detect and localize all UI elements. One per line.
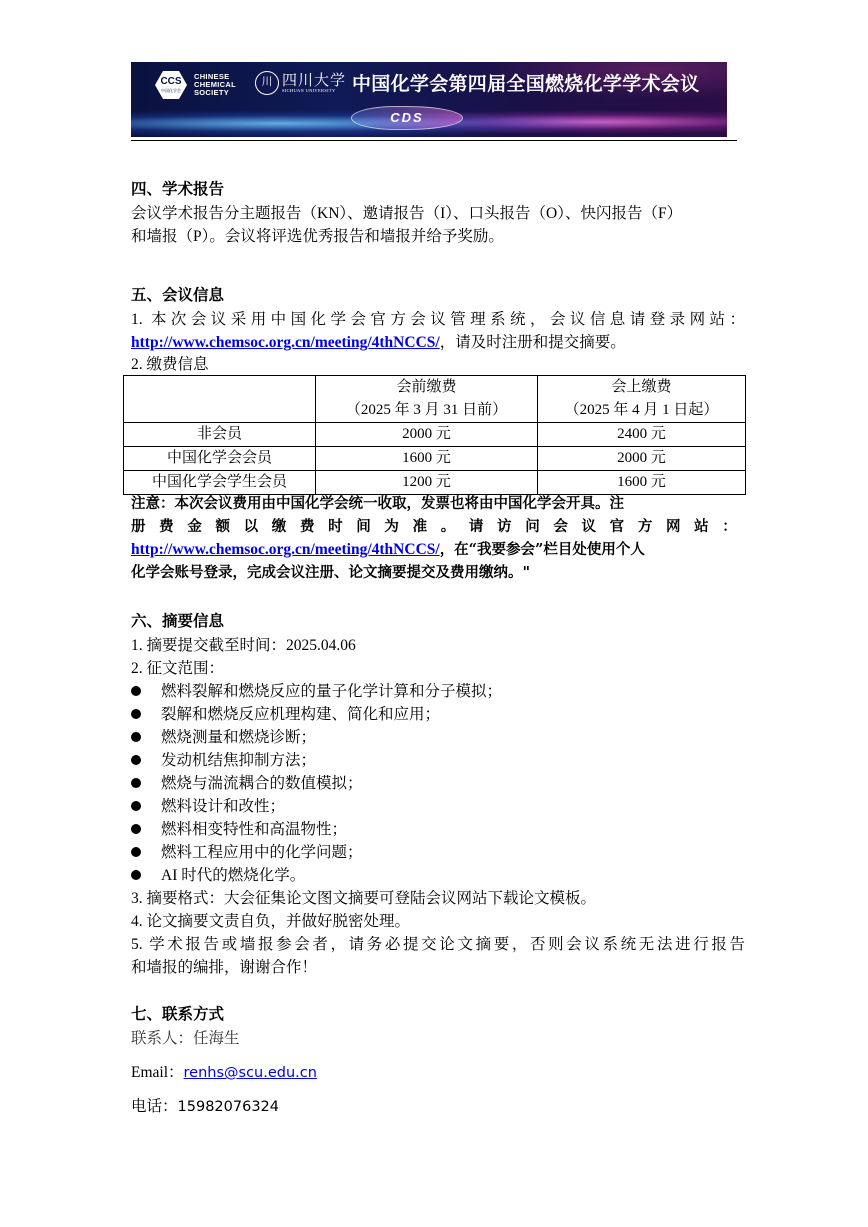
bullet-icon: [131, 870, 141, 880]
note-char: 缴: [272, 515, 287, 538]
university-name: 四川大学: [282, 69, 346, 90]
university-seal-icon: 川: [255, 71, 279, 95]
fee-header-date: （2025 年 3 月 31 日前）: [316, 399, 537, 422]
bullet-icon: [131, 824, 141, 834]
note-char: 访: [497, 515, 512, 538]
meeting-website-link[interactable]: http://www.chemsoc.org.cn/meeting/4thNCC…: [131, 334, 440, 351]
note-char: 。: [441, 515, 456, 538]
note-char: ：: [722, 515, 737, 538]
topic-text: AI 时代的燃烧化学。: [161, 867, 305, 884]
payment-note: 注意：本次会议费用由中国化学会统一收取，发票也将由中国化学会开具。注 册费金额以…: [131, 492, 737, 584]
fee-header-before: 会前缴费 （2025 年 3 月 31 日前）: [316, 376, 538, 423]
ccs-badge-text: CCS: [160, 76, 181, 87]
list-item: 燃料裂解和燃烧反应的量子化学计算和分子模拟；: [131, 680, 502, 703]
meeting-website-link-note[interactable]: http://www.chemsoc.org.cn/meeting/4thNCC…: [131, 541, 440, 558]
fee-header-category: [124, 376, 316, 423]
note-char: 册: [131, 515, 146, 538]
topic-text: 燃料工程应用中的化学问题；: [161, 844, 363, 861]
abstract-deadline: 1. 摘要提交截至时间：2025.04.06: [131, 634, 356, 657]
table-row: 中国化学会学生会员 1200 元 1600 元: [124, 471, 746, 495]
abstract-requirement: 5. 学术报告或墙报参会者，请务必提交论文摘要，否则会议系统无法进行报告: [131, 933, 745, 956]
fee-before: 1600 元: [316, 447, 538, 471]
bullet-icon: [131, 732, 141, 742]
topic-text: 燃烧与湍流耦合的数值模拟；: [161, 775, 363, 792]
fee-before: 1200 元: [316, 471, 538, 495]
list-item: 燃烧与湍流耦合的数值模拟；: [131, 772, 363, 795]
note-char: 请: [469, 515, 484, 538]
list-item: 燃料工程应用中的化学问题；: [131, 841, 363, 864]
topics-label: 2. 征文范围：: [131, 657, 224, 680]
note-char: 费: [300, 515, 315, 538]
note-line: http://www.chemsoc.org.cn/meeting/4thNCC…: [131, 538, 737, 561]
conference-banner: CCS 中国化学会 CHINESE CHEMICAL SOCIETY 川 四川大…: [131, 62, 727, 137]
cds-logo-icon: CDS: [351, 106, 463, 130]
meeting-info-item-1-cont: http://www.chemsoc.org.cn/meeting/4thNCC…: [131, 331, 626, 354]
topic-text: 发动机结焦抑制方法；: [161, 752, 316, 769]
section-heading-contact: 七、联系方式: [131, 1002, 224, 1024]
note-char: 以: [244, 515, 259, 538]
section-heading-meeting-info: 五、会议信息: [131, 283, 224, 305]
note-char: 网: [666, 515, 681, 538]
bullet-icon: [131, 778, 141, 788]
contact-phone-row: 电话：15982076324: [131, 1095, 279, 1119]
meeting-info-item-1: 1. 本次会议采用中国化学会官方会议管理系统，会议信息请登录网站：: [131, 308, 745, 331]
note-char: 会: [553, 515, 568, 538]
ccs-logo-icon: CCS 中国化学会: [155, 71, 187, 99]
meeting-info-after-link: ，请及时注册和提交摘要。: [440, 334, 626, 351]
abstract-format: 3. 摘要格式：大会征集论文图文摘要可登陆会议网站下载论文模板。: [131, 887, 596, 910]
note-char: 金: [187, 515, 202, 538]
fee-info-label: 2. 缴费信息: [131, 353, 209, 376]
topic-text: 燃料设计和改性；: [161, 798, 285, 815]
bullet-icon: [131, 847, 141, 857]
note-after-link: ，在“我要参会”栏目处使用个人: [440, 541, 645, 558]
list-item: 燃料相变特性和高温物性；: [131, 818, 347, 841]
abstract-responsibility: 4. 论文摘要文责自负，并做好脱密处理。: [131, 910, 410, 933]
bullet-icon: [131, 755, 141, 765]
note-char: 方: [638, 515, 653, 538]
conference-title: 中国化学会第四届全国燃烧化学学术会议: [352, 69, 699, 96]
fee-onsite: 2400 元: [538, 423, 746, 447]
note-char: 议: [582, 515, 597, 538]
university-name-en: SICHUAN UNIVERSITY: [282, 88, 336, 93]
bullet-icon: [131, 801, 141, 811]
list-item: 发动机结焦抑制方法；: [131, 749, 316, 772]
topic-text: 裂解和燃烧反应机理构建、简化和应用；: [161, 706, 440, 723]
note-char: 准: [413, 515, 428, 538]
fee-before: 2000 元: [316, 423, 538, 447]
fee-header-label: 会前缴费: [316, 376, 537, 399]
note-line: 注意：本次会议费用由中国化学会统一收取，发票也将由中国化学会开具。注: [131, 492, 737, 515]
fee-category: 中国化学会学生会员: [124, 471, 316, 495]
phone-number: 15982076324: [178, 1099, 279, 1115]
abstract-requirement-cont: 和墙报的编排，谢谢合作！: [131, 956, 317, 979]
note-char: 费: [159, 515, 174, 538]
note-line: 册费金额以缴费时间为准。请访问会议官方网站：: [131, 515, 737, 538]
note-char: 额: [215, 515, 230, 538]
fee-header-onsite: 会上缴费 （2025 年 4 月 1 日起）: [538, 376, 746, 423]
reports-paragraph-line: 会议学术报告分主题报告（KN）、邀请报告（I）、口头报告（O）、快闪报告（F）: [131, 202, 682, 225]
list-item: AI 时代的燃烧化学。: [131, 864, 305, 887]
topic-text: 燃烧测量和燃烧诊断；: [161, 729, 316, 746]
list-item: 燃烧测量和燃烧诊断；: [131, 726, 316, 749]
phone-label: 电话：: [131, 1098, 178, 1115]
topic-text: 燃料相变特性和高温物性；: [161, 821, 347, 838]
bullet-icon: [131, 686, 141, 696]
ccs-name: CHINESE CHEMICAL SOCIETY: [194, 73, 236, 97]
fee-category: 非会员: [124, 423, 316, 447]
list-item: 裂解和燃烧反应机理构建、简化和应用；: [131, 703, 440, 726]
fee-onsite: 1600 元: [538, 471, 746, 495]
section-heading-abstract: 六、摘要信息: [131, 609, 224, 631]
ccs-name-line: SOCIETY: [194, 89, 236, 97]
table-row: 非会员 2000 元 2400 元: [124, 423, 746, 447]
fee-table-header: 会前缴费 （2025 年 3 月 31 日前） 会上缴费 （2025 年 4 月…: [124, 376, 746, 423]
reports-paragraph-line: 和墙报（P）。会议将评选优秀报告和墙报并给予奖励。: [131, 225, 504, 248]
note-char: 站: [694, 515, 709, 538]
email-label: Email：: [131, 1064, 184, 1081]
bullet-icon: [131, 709, 141, 719]
section-heading-reports: 四、学术报告: [131, 177, 224, 199]
header-divider: [131, 140, 737, 141]
table-row: 中国化学会会员 1600 元 2000 元: [124, 447, 746, 471]
list-item: 燃料设计和改性；: [131, 795, 285, 818]
note-char: 时: [328, 515, 343, 538]
note-char: 为: [384, 515, 399, 538]
note-char: 问: [525, 515, 540, 538]
fee-header-date: （2025 年 4 月 1 日起）: [538, 399, 745, 422]
email-link[interactable]: renhs@scu.edu.cn: [184, 1065, 317, 1081]
note-line: 化学会账号登录，完成会议注册、论文摘要提交及费用缴纳。": [131, 561, 737, 584]
topic-text: 燃料裂解和燃烧反应的量子化学计算和分子模拟；: [161, 683, 502, 700]
ccs-badge-subtext: 中国化学会: [155, 88, 187, 94]
note-char: 官: [610, 515, 625, 538]
fee-table: 会前缴费 （2025 年 3 月 31 日前） 会上缴费 （2025 年 4 月…: [123, 375, 746, 495]
fee-onsite: 2000 元: [538, 447, 746, 471]
contact-email-row: Email：renhs@scu.edu.cn: [131, 1061, 317, 1085]
fee-category: 中国化学会会员: [124, 447, 316, 471]
contact-person: 联系人：任海生: [131, 1027, 240, 1050]
fee-header-label: 会上缴费: [538, 376, 745, 399]
note-char: 间: [356, 515, 371, 538]
